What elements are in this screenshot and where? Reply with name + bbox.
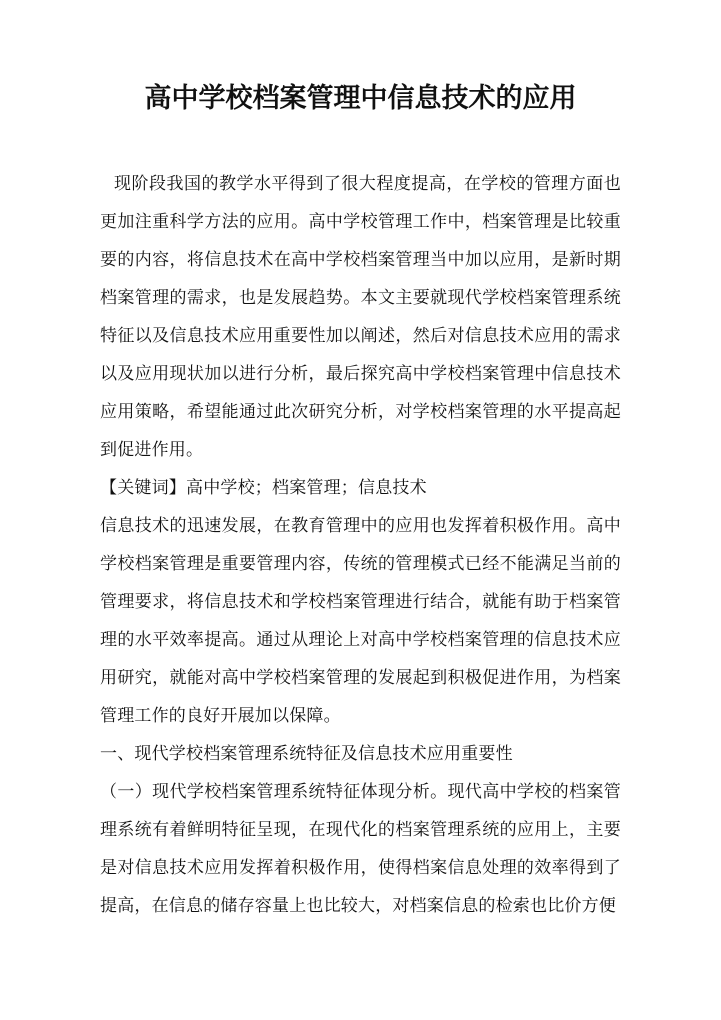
abstract-line: 要的内容，将信息技术在高中学校档案管理当中加以应用，是新时期 — [100, 241, 621, 279]
abstract-line: 到促进作用。 — [100, 431, 621, 469]
abstract-line: 特征以及信息技术应用重要性加以阐述，然后对信息技术应用的需求 — [100, 317, 621, 355]
document-page: 高中学校档案管理中信息技术的应用 现阶段我国的教学水平得到了很大程度提高，在学校… — [0, 0, 721, 1020]
body-line: 管理要求，将信息技术和学校档案管理进行结合，就能有助于档案管 — [100, 583, 621, 621]
section-line: （一）现代学校档案管理系统特征体现分析。现代高中学校的档案管 — [100, 773, 621, 811]
body-line: 理的水平效率提高。通过从理论上对高中学校档案管理的信息技术应 — [100, 621, 621, 659]
body-line: 用研究，就能对高中学校档案管理的发展起到积极促进作用，为档案 — [100, 659, 621, 697]
abstract-line: 应用策略，希望能通过此次研究分析，对学校档案管理的水平提高起 — [100, 393, 621, 431]
body-line: 学校档案管理是重要管理内容，传统的管理模式已经不能满足当前的 — [100, 545, 621, 583]
keywords-line: 【关键词】高中学校；档案管理；信息技术 — [100, 469, 621, 507]
body-line: 管理工作的良好开展加以保障。 — [100, 697, 621, 735]
abstract-line: 更加注重科学方法的应用。高中学校管理工作中，档案管理是比较重 — [100, 203, 621, 241]
document-body: 现阶段我国的教学水平得到了很大程度提高，在学校的管理方面也 更加注重科学方法的应… — [100, 165, 621, 925]
abstract-line: 现阶段我国的教学水平得到了很大程度提高，在学校的管理方面也 — [100, 165, 621, 203]
section-line: 是对信息技术应用发挥着积极作用，使得档案信息处理的效率得到了 — [100, 849, 621, 887]
body-line: 信息技术的迅速发展，在教育管理中的应用也发挥着积极作用。高中 — [100, 507, 621, 545]
section-line: 理系统有着鲜明特征呈现，在现代化的档案管理系统的应用上，主要 — [100, 811, 621, 849]
abstract-line: 以及应用现状加以进行分析，最后探究高中学校档案管理中信息技术 — [100, 355, 621, 393]
abstract-line: 档案管理的需求，也是发展趋势。本文主要就现代学校档案管理系统 — [100, 279, 621, 317]
section-line: 提高，在信息的储存容量上也比较大，对档案信息的检索也比价方便 — [100, 887, 621, 925]
section-heading: 一、现代学校档案管理系统特征及信息技术应用重要性 — [100, 735, 621, 773]
document-title: 高中学校档案管理中信息技术的应用 — [0, 0, 721, 118]
